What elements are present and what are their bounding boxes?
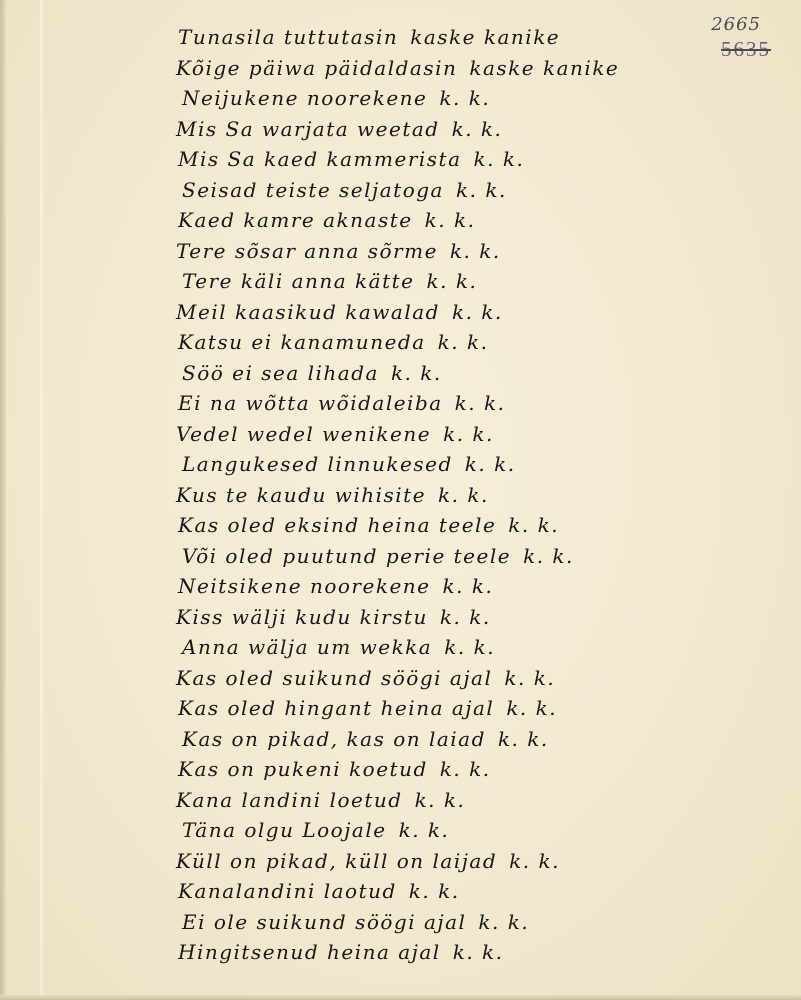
- verse-refrain: k. k.: [444, 635, 495, 659]
- verse-line: Või oled puutund perie teelek. k.: [176, 541, 776, 572]
- verse-line: Anna wälja um wekkak. k.: [176, 632, 776, 663]
- song-text: Tunasila tuttutasinkaske kanike Kõige pä…: [176, 22, 776, 968]
- verse-line: Kiss wälji kudu kirstuk. k.: [176, 602, 776, 633]
- verse-refrain: k. k.: [465, 452, 516, 476]
- verse-refrain: k. k.: [453, 940, 504, 964]
- verse-refrain: kaske kanike: [410, 25, 560, 49]
- verse-text: Tere käli anna kätte: [182, 269, 415, 293]
- verse-refrain: k. k.: [504, 666, 555, 690]
- verse-refrain: k. k.: [450, 239, 501, 263]
- verse-text: Kas oled hingant heina ajal: [178, 696, 494, 720]
- verse-refrain: k. k.: [415, 788, 466, 812]
- verse-text: Küll on pikad, küll on laijad: [176, 849, 497, 873]
- verse-line: Katsu ei kanamunedak. k.: [176, 327, 776, 358]
- verse-refrain: k. k.: [438, 330, 489, 354]
- manuscript-page: 2665 5635 Tunasila tuttutasinkaske kanik…: [0, 0, 801, 1000]
- verse-refrain: k. k.: [443, 574, 494, 598]
- verse-text: Kiss wälji kudu kirstu: [176, 605, 428, 629]
- page-bottom-edge: [0, 995, 801, 1000]
- verse-refrain: k. k.: [391, 361, 442, 385]
- verse-refrain: k. k.: [439, 86, 490, 110]
- verse-line: Kas on pikad, kas on laiadk. k.: [176, 724, 776, 755]
- verse-refrain: k. k.: [409, 879, 460, 903]
- verse-line: Kõige päiwa päidaldasinkaske kanike: [176, 53, 776, 84]
- verse-refrain: k. k.: [443, 422, 494, 446]
- verse-text: Tunasila tuttutasin: [178, 25, 398, 49]
- verse-refrain: k. k.: [456, 178, 507, 202]
- verse-line: Kas oled suikund söögi ajalk. k.: [176, 663, 776, 694]
- verse-text: Kanalandini laotud: [178, 879, 397, 903]
- verse-refrain: k. k.: [399, 818, 450, 842]
- verse-text: Mis Sa kaed kammerista: [178, 147, 462, 171]
- verse-text: Ei ole suikund söögi ajal: [182, 910, 466, 934]
- verse-refrain: k. k.: [508, 513, 559, 537]
- verse-line: Seisad teiste seljatogak. k.: [176, 175, 776, 206]
- verse-text: Neijukene noorekene: [182, 86, 427, 110]
- verse-line: Tunasila tuttutasinkaske kanike: [176, 22, 776, 53]
- verse-text: Kana landini loetud: [176, 788, 403, 812]
- verse-line: Meil kaasikud kawaladk. k.: [176, 297, 776, 328]
- verse-refrain: k. k.: [440, 605, 491, 629]
- verse-text: Täna olgu Loojale: [182, 818, 387, 842]
- verse-text: Kõige päiwa päidaldasin: [176, 56, 457, 80]
- verse-refrain: k. k.: [509, 849, 560, 873]
- verse-line: Mis Sa warjata weetadk. k.: [176, 114, 776, 145]
- verse-line: Täna olgu Loojalek. k.: [176, 815, 776, 846]
- verse-text: Ei na wõtta wõidaleiba: [178, 391, 443, 415]
- verse-text: Kas on pukeni koetud: [178, 757, 428, 781]
- verse-text: Anna wälja um wekka: [182, 635, 432, 659]
- verse-line: Neijukene noorekenek. k.: [176, 83, 776, 114]
- verse-line: Langukesed linnukesedk. k.: [176, 449, 776, 480]
- verse-line: Söö ei sea lihadak. k.: [176, 358, 776, 389]
- verse-refrain: k. k.: [523, 544, 574, 568]
- page-fold-line: [40, 0, 43, 1000]
- verse-text: Söö ei sea lihada: [182, 361, 379, 385]
- verse-refrain: k. k.: [425, 208, 476, 232]
- verse-refrain: k. k.: [455, 391, 506, 415]
- verse-line: Kas on pukeni koetudk. k.: [176, 754, 776, 785]
- verse-text: Vedel wedel wenikene: [176, 422, 431, 446]
- verse-line: Hingitsenud heina ajalk. k.: [176, 937, 776, 968]
- verse-line: Kanalandini laotudk. k.: [176, 876, 776, 907]
- verse-refrain: kaske kanike: [469, 56, 619, 80]
- verse-refrain: k. k.: [506, 696, 557, 720]
- verse-refrain: k. k.: [498, 727, 549, 751]
- verse-text: Kus te kaudu wihisite: [176, 483, 426, 507]
- verse-text: Kaed kamre aknaste: [178, 208, 413, 232]
- verse-refrain: k. k.: [452, 300, 503, 324]
- verse-text: Neitsikene noorekene: [178, 574, 431, 598]
- verse-line: Kana landini loetudk. k.: [176, 785, 776, 816]
- verse-text: Meil kaasikud kawalad: [176, 300, 440, 324]
- verse-text: Kas oled eksind heina teele: [178, 513, 496, 537]
- page-left-edge: [0, 0, 6, 1000]
- verse-text: Kas oled suikund söögi ajal: [176, 666, 492, 690]
- verse-text: Või oled puutund perie teele: [182, 544, 511, 568]
- verse-line: Tere sõsar anna sõrmek. k.: [176, 236, 776, 267]
- verse-text: Seisad teiste seljatoga: [182, 178, 444, 202]
- verse-line: Kas oled eksind heina teelek. k.: [176, 510, 776, 541]
- verse-line: Ei na wõtta wõidaleibak. k.: [176, 388, 776, 419]
- verse-line: Mis Sa kaed kammeristak. k.: [176, 144, 776, 175]
- verse-text: Hingitsenud heina ajal: [178, 940, 441, 964]
- verse-line: Kus te kaudu wihisitek. k.: [176, 480, 776, 511]
- verse-line: Neitsikene noorekenek. k.: [176, 571, 776, 602]
- verse-refrain: k. k.: [452, 117, 503, 141]
- verse-line: Kaed kamre aknastek. k.: [176, 205, 776, 236]
- verse-text: Mis Sa warjata weetad: [176, 117, 440, 141]
- verse-refrain: k. k.: [427, 269, 478, 293]
- verse-text: Langukesed linnukesed: [182, 452, 453, 476]
- verse-line: Ei ole suikund söögi ajalk. k.: [176, 907, 776, 938]
- verse-line: Vedel wedel wenikenek. k.: [176, 419, 776, 450]
- verse-refrain: k. k.: [438, 483, 489, 507]
- verse-line: Kas oled hingant heina ajalk. k.: [176, 693, 776, 724]
- verse-refrain: k. k.: [478, 910, 529, 934]
- verse-refrain: k. k.: [474, 147, 525, 171]
- verse-line: Küll on pikad, küll on laijadk. k.: [176, 846, 776, 877]
- verse-text: Tere sõsar anna sõrme: [176, 239, 438, 263]
- verse-text: Kas on pikad, kas on laiad: [182, 727, 486, 751]
- verse-refrain: k. k.: [440, 757, 491, 781]
- verse-text: Katsu ei kanamuneda: [178, 330, 426, 354]
- verse-line: Tere käli anna kättek. k.: [176, 266, 776, 297]
